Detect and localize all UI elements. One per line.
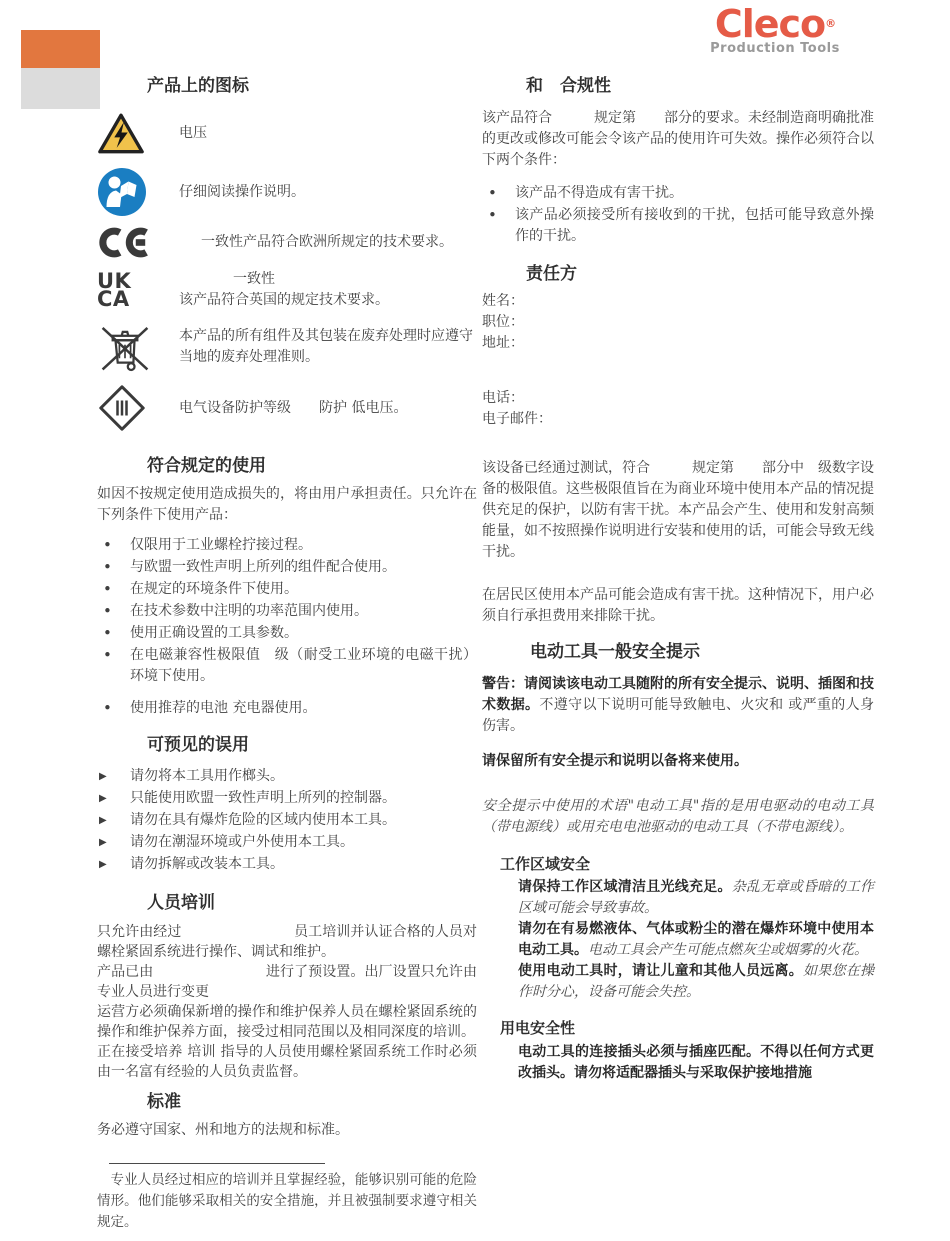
list-item: 只能使用欧盟一致性声明上所列的控制器。 <box>97 788 477 809</box>
training-paragraphs: 只允许由经过 员工培训并认证合格的人员对螺栓紧固系统进行操作、调试和维护。 产品… <box>97 922 477 1082</box>
subsection-title-work-area-safety: 工作区域安全 <box>482 854 874 874</box>
residential-paragraph: 在居民区使用本产品可能会造成有害干扰。这种情况下，用户必须自行承担费用来排除干扰… <box>482 585 874 627</box>
safety-warning-paragraph: 警告：请阅读该电动工具随附的所有安全提示、说明、插图和技术数据。不遵守以下说明可… <box>482 674 874 737</box>
corner-tab-gray <box>21 68 100 109</box>
list-item: 使用正确设置的工具参数。 <box>97 623 477 644</box>
section-title-standards: 标准 <box>97 1091 477 1113</box>
section-title-misuse: 可预见的误用 <box>97 734 477 756</box>
compliance-list: 该产品不得造成有害干扰。 该产品必须接受所有接收到的干扰，包括可能导致意外操作的… <box>482 183 874 247</box>
safety-item-bold: 请保持工作区域清洁且光线充足。 <box>518 879 732 895</box>
ce-label: 一致性产品符合欧洲所规定的技术要求。 <box>159 232 477 253</box>
symbol-row-weee: 本产品的所有组件及其包装在废弃处理时应遵守当地的废弃处理准则。 <box>97 319 477 375</box>
section-title-intended-use: 符合规定的使用 <box>97 455 477 477</box>
safety-item-bold: 使用电动工具时，请让儿童和其他人员远离。 <box>518 963 803 979</box>
compliance-intro: 该产品符合 规定第 部分的要求。未经制造商明确批准的更改或修改可能会令该产品的使… <box>482 108 874 171</box>
corner-tab-orange <box>21 30 100 68</box>
intended-use-list: 仅限用于工业螺栓拧接过程。 与欧盟一致性声明上所列的组件配合使用。 在规定的环境… <box>97 535 477 719</box>
ce-mark-icon <box>97 226 159 259</box>
standards-text: 务必遵守国家、州和地方的法规和标准。 <box>97 1120 477 1141</box>
section-title-product-symbols: 产品上的图标 <box>97 75 477 97</box>
registered-mark-icon: ® <box>825 17 835 30</box>
list-item: 请勿将本工具用作榔头。 <box>97 766 477 787</box>
field-address: 地址： <box>482 333 874 354</box>
cleco-logo-brand: Cleco® <box>700 6 850 42</box>
section-title-training: 人员培训 <box>97 892 477 914</box>
list-item: 在规定的环境条件下使用。 <box>97 579 477 600</box>
field-position: 职位： <box>482 312 874 333</box>
list-item: 仅限用于工业螺栓拧接过程。 <box>97 535 477 556</box>
list-item: 请勿拆解或改装本工具。 <box>97 854 477 875</box>
list-item: 该产品不得造成有害干扰。 <box>482 183 874 204</box>
safety-keep-instructions: 请保留所有安全提示和说明以备将来使用。 <box>482 751 874 772</box>
field-email: 电子邮件： <box>482 409 874 430</box>
weee-label: 本产品的所有组件及其包装在废弃处理时应遵守当地的废弃处理准则。 <box>159 326 477 368</box>
class3-label: 电气设备防护等级 防护 低电压。 <box>159 398 477 419</box>
training-p3: 运营方必须确保新增的操作和维护保养人员在螺栓紧固系统的操作和维护保养方面，接受过… <box>97 1002 477 1042</box>
right-column: 和 合规性 该产品符合 规定第 部分的要求。未经制造商明确批准的更改或修改可能会… <box>482 70 874 1084</box>
symbol-row-voltage: 电压 <box>97 112 477 155</box>
footnote-divider <box>109 1163 325 1164</box>
training-p4: 正在接受培养 培训 指导的人员使用螺栓紧固系统工作时必须由一名富有经验的人员负责… <box>97 1042 477 1082</box>
safety-warning-rest: 不遵守以下说明可能导致触电、火灾和 或严重的人身伤害。 <box>482 697 874 734</box>
section-title-compliance: 和 合规性 <box>482 75 874 97</box>
symbol-row-read-manual: 仔细阅读操作说明。 <box>97 167 477 217</box>
document-page: Cleco® Production Tools 产品上的图标 电压 <box>0 0 950 1241</box>
cleco-logo: Cleco® Production Tools <box>700 6 850 56</box>
list-item: 与欧盟一致性声明上所列的组件配合使用。 <box>97 557 477 578</box>
weee-bin-icon <box>97 319 159 375</box>
safety-item: 使用电动工具时，请让儿童和其他人员远离。如果您在操作时分心，设备可能会失控。 <box>518 961 874 1003</box>
voltage-warning-icon <box>97 112 159 155</box>
responsible-fields: 姓名： 职位： 地址： 电话： 电子邮件： <box>482 291 874 430</box>
voltage-label: 电压 <box>159 123 477 144</box>
electrical-safety-items: 电动工具的连接插头必须与插座匹配。不得以任何方式更改插头。请勿将适配器插头与采取… <box>482 1042 874 1084</box>
safety-item-bold: 电动工具的连接插头必须与插座匹配。不得以任何方式更改插头。请勿将适配器插头与采取… <box>518 1044 874 1081</box>
subsection-title-electrical-safety: 用电安全性 <box>482 1018 874 1038</box>
safety-item: 电动工具的连接插头必须与插座匹配。不得以任何方式更改插头。请勿将适配器插头与采取… <box>518 1042 874 1084</box>
safety-item: 请勿在有易燃液体、气体或粉尘的潜在爆炸环境中使用本电动工具。电动工具会产生可能点… <box>518 919 874 961</box>
misuse-list: 请勿将本工具用作榔头。 只能使用欧盟一致性声明上所列的控制器。 请勿在具有爆炸危… <box>97 766 477 875</box>
safety-item: 请保持工作区域清洁且光线充足。杂乱无章或昏暗的工作区域可能会导致事故。 <box>518 877 874 919</box>
ukca-label: 一致性 该产品符合英国的规定技术要求。 <box>159 269 477 311</box>
safety-item-italic: 电动工具会产生可能点燃灰尘或烟雾的火花。 <box>588 942 868 958</box>
list-item: 使用推荐的电池 充电器使用。 <box>97 698 477 719</box>
list-item: 该产品必须接受所有接收到的干扰，包括可能导致意外操作的干扰。 <box>482 205 874 247</box>
list-item: 在电磁兼容性极限值 级（耐受工业环境的电磁干扰）环境下使用。 <box>97 645 477 687</box>
safety-term-note: 安全提示中使用的术语"电动工具"指的是用电驱动的电动工具（带电源线）或用充电电池… <box>482 796 874 838</box>
list-item: 在技术参数中注明的功率范围内使用。 <box>97 601 477 622</box>
cleco-logo-subtitle: Production Tools <box>700 42 850 56</box>
ukca-mark-icon: UK CA <box>97 272 159 308</box>
footnote-text: 专业人员经过相应的培训并且掌握经验，能够识别可能的危险情形。他们能够采取相关的安… <box>97 1170 477 1233</box>
intended-use-intro: 如因不按规定使用造成损失的，将由用户承担责任。只允许在下列条件下使用产品： <box>97 484 477 526</box>
ukca-label-line2: 该产品符合英国的规定技术要求。 <box>179 290 477 311</box>
section-title-responsible-party: 责任方 <box>482 263 874 285</box>
tested-paragraph: 该设备已经通过测试，符合 规定第 部分中 级数字设备的极限值。这些极限值旨在为商… <box>482 458 874 563</box>
left-column: 产品上的图标 电压 仔细阅读操作说明。 <box>97 70 477 1233</box>
protection-class-3-icon <box>97 383 159 433</box>
read-manual-icon <box>97 167 159 217</box>
field-name: 姓名： <box>482 291 874 312</box>
ukca-label-line1: 一致性 <box>179 269 477 290</box>
training-p2: 产品已由 进行了预设置。出厂设置只允许由专业人员进行变更 <box>97 962 477 1002</box>
read-manual-label: 仔细阅读操作说明。 <box>159 182 477 203</box>
ukca-mark-ca: CA <box>97 290 131 308</box>
work-area-items: 请保持工作区域清洁且光线充足。杂乱无章或昏暗的工作区域可能会导致事故。 请勿在有… <box>482 877 874 1003</box>
symbol-row-ce: 一致性产品符合欧洲所规定的技术要求。 <box>97 226 477 259</box>
field-phone: 电话： <box>482 388 874 409</box>
training-p1: 只允许由经过 员工培训并认证合格的人员对螺栓紧固系统进行操作、调试和维护。 <box>97 922 477 962</box>
list-item: 请勿在具有爆炸危险的区域内使用本工具。 <box>97 810 477 831</box>
list-item: 请勿在潮湿环境或户外使用本工具。 <box>97 832 477 853</box>
symbol-row-class3: 电气设备防护等级 防护 低电压。 <box>97 383 477 433</box>
symbol-row-ukca: UK CA 一致性 该产品符合英国的规定技术要求。 <box>97 269 477 311</box>
section-title-power-tool-safety: 电动工具一般安全提示 <box>482 641 874 663</box>
